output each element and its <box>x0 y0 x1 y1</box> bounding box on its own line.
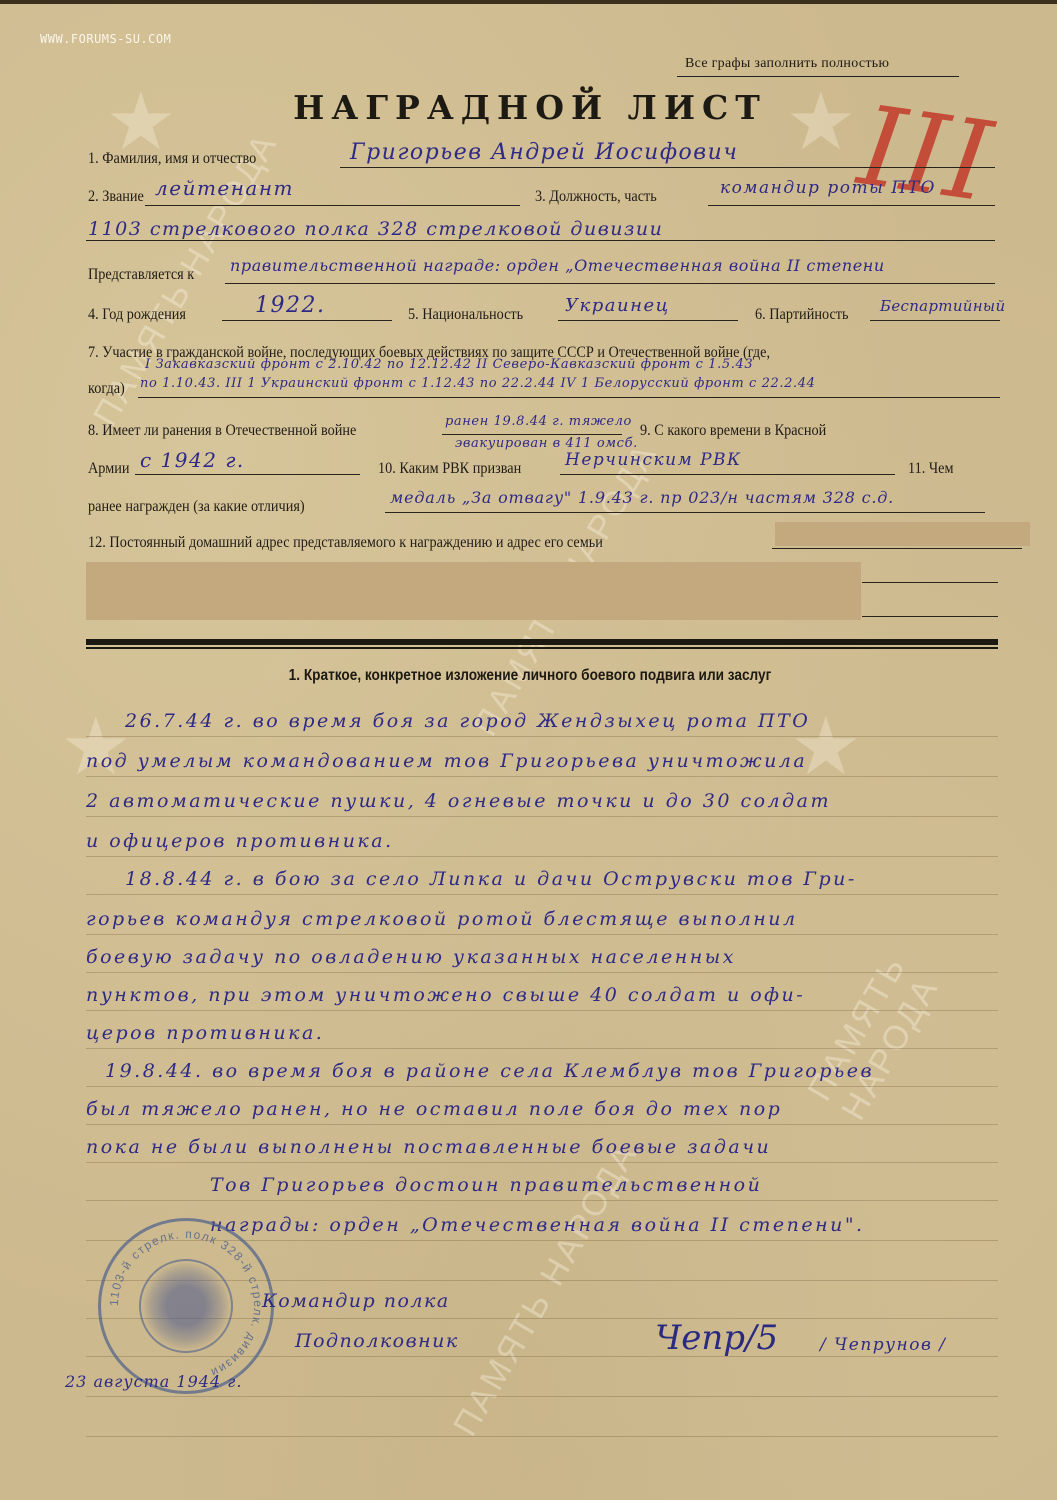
narrative-line: 18.8.44 г. в бою за село Липка и дачи Ос… <box>125 868 857 890</box>
narrative-line: награды: орден „Отечественная война II с… <box>210 1214 865 1236</box>
address-redaction <box>775 522 1030 546</box>
field-11-value: медаль „За отвагу" 1.9.43 г. пр 023/н ча… <box>390 488 894 507</box>
address-line-1 <box>862 582 998 583</box>
signatory-name: / Чепрунов / <box>820 1335 946 1355</box>
field-2-label: 2. Звание <box>88 188 144 206</box>
field-10-value: Нерчинским РВК <box>565 450 742 470</box>
signature-scribble: Чепр/5 <box>655 1318 778 1358</box>
field-5-line <box>558 320 738 321</box>
narrative-line: горьев командуя стрелковой ротой блестящ… <box>86 908 798 930</box>
ruled-line <box>86 1010 998 1011</box>
site-watermark: WWW.FORUMS-SU.COM <box>40 32 171 46</box>
narrative-line: Тов Григорьев достоин правительственной <box>210 1174 762 1196</box>
field-3-line <box>708 205 995 206</box>
scan-edge <box>0 0 1057 4</box>
narrative-line: и офицеров противника. <box>86 830 394 852</box>
field-5-value: Украинец <box>565 295 670 316</box>
field-1-line <box>340 167 995 168</box>
ruled-line <box>86 1200 998 1201</box>
document-title: НАГРАДНОЙ ЛИСТ <box>150 88 910 127</box>
section-divider <box>86 639 998 645</box>
field-12-line <box>772 548 1022 549</box>
document-date: 23 августа 1944 г. <box>65 1372 242 1391</box>
narrative-line: 2 автоматические пушки, 4 огневые точки … <box>86 790 831 812</box>
svg-text:1103-й стрелк. полк 328-й стре: 1103-й стрелк. полк 328-й стрелк. дивизи… <box>107 1227 265 1380</box>
field-7-value-2: по 1.10.43. III 1 Украинский фронт с 1.1… <box>140 376 816 391</box>
ruled-line <box>86 1396 998 1397</box>
field-10-label: 10. Каким РВК призван <box>378 460 521 478</box>
field-8-label: 8. Имеет ли ранения в Отечественной войн… <box>88 422 356 440</box>
field-4-value: 1922. <box>255 293 325 318</box>
field-1-value: Григорьев Андрей Иосифович <box>350 140 738 165</box>
field-12-label: 12. Постоянный домашний адрес представля… <box>88 534 603 552</box>
field-3-value: командир роты ПТО <box>720 178 936 198</box>
presented-line <box>225 283 995 284</box>
stamp-text: 1103-й стрелк. полк 328-й стрелк. дивизи… <box>101 1221 271 1391</box>
field-9-line <box>135 474 360 475</box>
ruled-line <box>86 856 998 857</box>
field-8-value: ранен 19.8.44 г. тяжело <box>445 414 632 429</box>
field-2-value: лейтенант <box>155 176 294 200</box>
ruled-line <box>86 1124 998 1125</box>
field-3-label: 3. Должность, часть <box>535 188 657 206</box>
field-4-label: 4. Год рождения <box>88 306 186 324</box>
narrative-line: пунктов, при этом уничтожено свыше 40 со… <box>86 984 805 1006</box>
narrative-line: под умелым командованием тов Григорьева … <box>86 750 807 772</box>
field-10-line <box>560 474 895 475</box>
field-6-line <box>870 320 1000 321</box>
field-6-label: 6. Партийность <box>755 306 849 324</box>
field-6-value: Беспартийный <box>880 297 1005 315</box>
ruled-line <box>86 1436 998 1437</box>
narrative-line: 19.8.44. во время боя в районе села Клем… <box>105 1060 874 1082</box>
field-3-line-2 <box>86 240 995 241</box>
narrative-line: был тяжело ранен, но не оставил поле боя… <box>86 1098 782 1120</box>
field-4-line <box>222 320 392 321</box>
ruled-line <box>86 816 998 817</box>
ruled-line <box>86 1086 998 1087</box>
note-underline <box>677 76 959 77</box>
field-2-line <box>145 205 520 206</box>
section-title: 1. Краткое, конкретное изложение личного… <box>169 667 891 685</box>
field-8-value-2: эвакуирован в 411 омсб. <box>455 436 638 451</box>
narrative-line: пока не были выполнены поставленные боев… <box>86 1136 771 1158</box>
field-5-label: 5. Национальность <box>408 306 523 324</box>
presented-label: Представляется к <box>88 266 194 284</box>
unit-stamp: 1103-й стрелк. полк 328-й стрелк. дивизи… <box>98 1218 274 1394</box>
narrative-line: 26.7.44 г. во время боя за город Жендзых… <box>125 710 810 732</box>
field-9-value: с 1942 г. <box>140 448 245 472</box>
field-8-line <box>442 434 622 435</box>
address-line-2 <box>862 616 998 617</box>
narrative-line: церов противника. <box>86 1022 324 1044</box>
ruled-line <box>86 894 998 895</box>
field-9-label-2: Армии <box>88 460 130 478</box>
signatory-rank: Подполковник <box>295 1330 459 1352</box>
signatory-position: Командир полка <box>262 1290 450 1312</box>
field-11-label: 11. Чем <box>908 460 953 478</box>
field-7-line <box>138 397 1000 398</box>
instruction-note: Все графы заполнить полностью <box>685 56 889 72</box>
field-9-label: 9. С какого времени в Красной <box>640 422 826 440</box>
narrative-line: боевую задачу по овладению указанных нас… <box>86 946 736 968</box>
section-divider-thin <box>86 647 998 649</box>
ruled-line <box>86 776 998 777</box>
field-1-label: 1. Фамилия, имя и отчество <box>88 150 256 168</box>
ruled-line <box>86 934 998 935</box>
field-7-label-2: когда) <box>88 380 125 398</box>
field-7-value-1: I Закавказский фронт с 2.10.42 по 12.12.… <box>145 357 753 372</box>
field-3-value-cont: 1103 стрелкового полка 328 стрелковой ди… <box>88 218 663 240</box>
ruled-line <box>86 1048 998 1049</box>
star-watermark-icon: ★ <box>60 700 132 794</box>
ruled-line <box>86 972 998 973</box>
ruled-line <box>86 736 998 737</box>
address-redaction-2 <box>86 562 861 620</box>
field-11-label-2: ранее награжден (за какие отличия) <box>88 498 305 516</box>
field-11-line <box>385 512 985 513</box>
presented-value: правительственной награде: орден „Отечес… <box>230 256 885 275</box>
ruled-line <box>86 1162 998 1163</box>
